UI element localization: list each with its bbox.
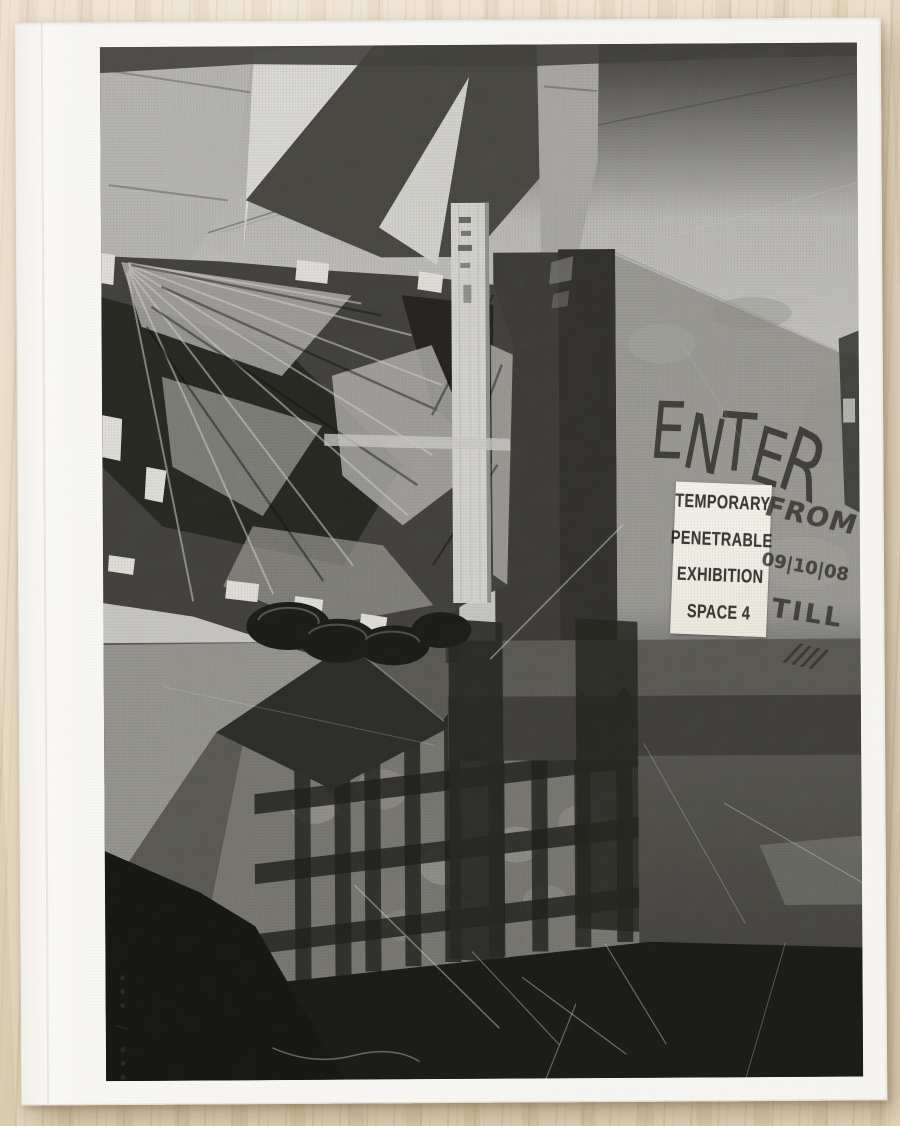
sign-line: PENETRABLE	[671, 527, 773, 553]
sign-line: SPACE 4	[687, 601, 751, 625]
wood-desk-surface: ENTER	[0, 0, 900, 1126]
exhibition-sign: TEMPORARY PENETRABLE EXHIBITION SPACE 4	[670, 482, 772, 638]
book-cover: ENTER	[15, 17, 888, 1105]
sign-line: TEMPORARY	[675, 491, 771, 517]
cover-photograph: ENTER	[100, 43, 863, 1082]
sign-line: EXHIBITION	[677, 564, 764, 589]
colophon-mark-text: ••• / •••	[113, 973, 130, 1087]
colophon-mark: ••• / •••	[65, 984, 100, 1076]
